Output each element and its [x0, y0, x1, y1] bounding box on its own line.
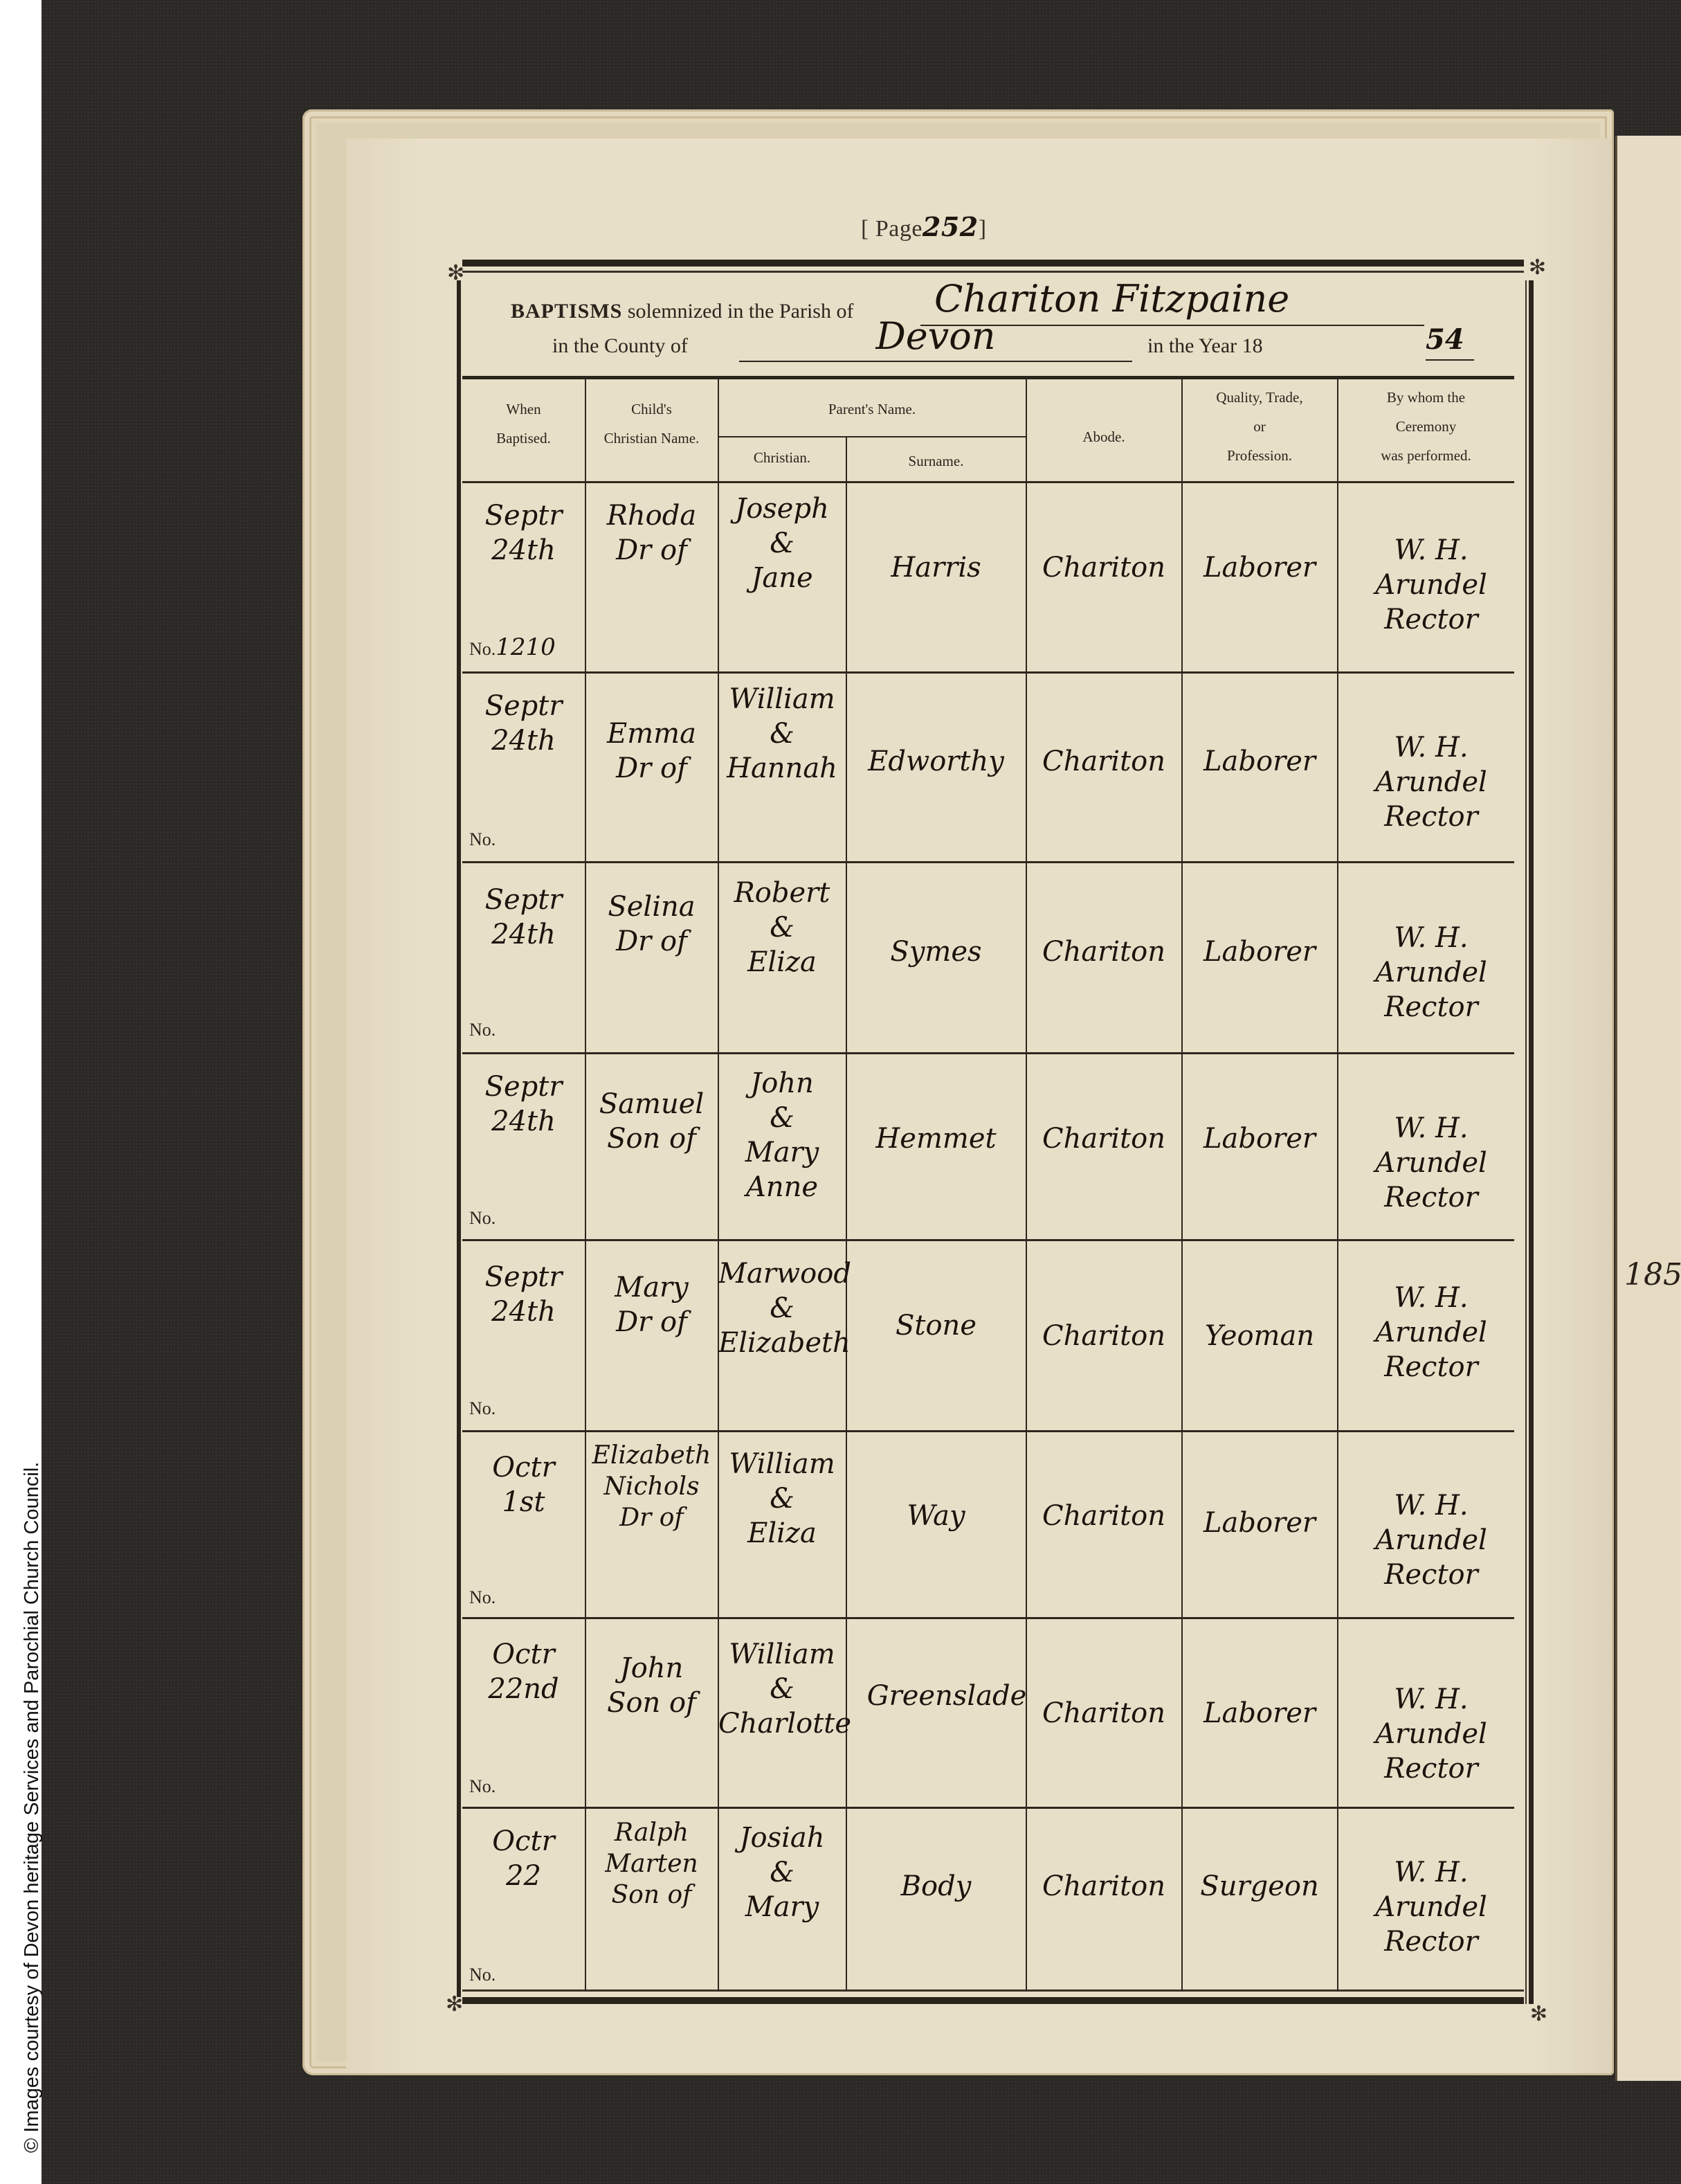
- asterisk-ornament-icon: ✻: [447, 261, 464, 285]
- child-name-cell: ElizabethNicholsDr of: [585, 1440, 718, 1533]
- child-name-cell: RhodaDr of: [585, 498, 718, 568]
- parents-christian-cell: Marwood&Elizabeth: [718, 1256, 846, 1360]
- abode-cell: Chariton: [1026, 1121, 1181, 1156]
- header-rule: [462, 376, 1514, 379]
- frame-rule: [1525, 280, 1527, 2004]
- abode-cell: Chariton: [1026, 1499, 1181, 1533]
- parents-christian-cell: Josiah&Mary: [718, 1821, 846, 1924]
- entry-number: No.: [469, 824, 496, 851]
- date-cell: Octr22: [462, 1824, 585, 1893]
- officiant-cell: W. H. ArundelRector: [1338, 533, 1525, 637]
- row-divider: [462, 671, 1514, 674]
- col-header-parents-christian: Christian.: [718, 443, 846, 472]
- abode-cell: Chariton: [1026, 1696, 1181, 1731]
- row-divider: [462, 1807, 1514, 1809]
- column-divider: [846, 436, 847, 1992]
- date-cell: Octr22nd: [462, 1637, 585, 1706]
- officiant-cell: W. H. ArundelRector: [1338, 1111, 1525, 1215]
- frame-rule: [457, 280, 461, 1997]
- page-number: [ Page252]: [861, 211, 987, 242]
- child-name-cell: MaryDr of: [585, 1270, 718, 1339]
- officiant-cell: W. H. ArundelRector: [1338, 1281, 1525, 1384]
- parents-christian-cell: Joseph&Jane: [718, 491, 846, 595]
- row-divider: [462, 1052, 1514, 1054]
- quality-cell: Laborer: [1182, 550, 1337, 585]
- county-label: in the County of: [552, 334, 688, 358]
- quality-cell: Laborer: [1182, 935, 1337, 969]
- column-divider: [1181, 379, 1183, 1992]
- col-header-when: WhenBaptised.: [462, 395, 585, 453]
- col-header-parents: Parent's Name.: [718, 395, 1026, 424]
- surname-cell: Harris: [846, 550, 1026, 585]
- entry-number: No.: [469, 1771, 496, 1798]
- quality-cell: Laborer: [1182, 744, 1337, 779]
- parents-christian-cell: William&Charlotte: [718, 1637, 846, 1741]
- year-value: 54: [1426, 326, 1474, 361]
- col-header-abode: Abode.: [1026, 422, 1181, 451]
- facing-page: 185: [1615, 136, 1681, 2081]
- frame-rule: [462, 260, 1524, 267]
- frame-rule: [462, 1989, 1524, 1992]
- quality-cell: Yeoman: [1182, 1319, 1337, 1353]
- surname-cell: Hemmet: [846, 1121, 1026, 1156]
- surname-cell: Edworthy: [846, 744, 1026, 779]
- frame-rule: [462, 271, 1524, 273]
- date-cell: Septr24th: [462, 1260, 585, 1329]
- margin-note: 185: [1624, 1257, 1681, 1292]
- entry-number: No.: [469, 1014, 496, 1042]
- county-name: Devon: [739, 318, 1132, 362]
- entry-number: No.: [469, 1393, 496, 1420]
- row-divider: [462, 861, 1514, 863]
- child-name-cell: EmmaDr of: [585, 716, 718, 786]
- abode-cell: Chariton: [1026, 935, 1181, 969]
- quality-cell: Laborer: [1182, 1121, 1337, 1156]
- entry-number: No.1210: [469, 633, 556, 661]
- col-header-quality: Quality, Trade,orProfession.: [1182, 383, 1337, 470]
- frame-rule: [1529, 280, 1534, 2004]
- entry-number: No.: [469, 1202, 496, 1230]
- quality-cell: Laborer: [1182, 1696, 1337, 1731]
- child-name-cell: RalphMartenSon of: [585, 1817, 718, 1911]
- officiant-cell: W. H. ArundelRector: [1338, 921, 1525, 1025]
- officiant-cell: W. H. ArundelRector: [1338, 1488, 1525, 1592]
- abode-cell: Chariton: [1026, 550, 1181, 585]
- parents-christian-cell: William&Eliza: [718, 1447, 846, 1551]
- asterisk-ornament-icon: ✻: [446, 1992, 463, 2016]
- page-number-value: 252: [923, 211, 979, 242]
- officiant-cell: W. H. ArundelRector: [1338, 730, 1525, 834]
- copyright-credit: © Images courtesy of Devon heritage Serv…: [21, 1462, 44, 2153]
- col-header-by-whom: By whom theCeremonywas performed.: [1338, 383, 1514, 470]
- asterisk-ornament-icon: ✻: [1529, 255, 1546, 280]
- year-label: in the Year 18: [1147, 334, 1263, 358]
- row-divider: [462, 1617, 1514, 1619]
- entry-number: No.: [469, 1582, 496, 1609]
- header-bottom-rule: [462, 481, 1514, 483]
- row-divider: [462, 1430, 1514, 1432]
- column-divider: [585, 379, 586, 1992]
- row-divider: [462, 1239, 1514, 1241]
- abode-cell: Chariton: [1026, 744, 1181, 779]
- child-name-cell: SamuelSon of: [585, 1087, 718, 1156]
- date-cell: Septr24th: [462, 1070, 585, 1139]
- date-cell: Octr1st: [462, 1450, 585, 1519]
- col-header-parents-surname: Surname.: [846, 446, 1026, 476]
- baptism-register-table: ✻ ✻ ✻ ✻ BAPTISMS solemnized in the Paris…: [462, 260, 1524, 1996]
- parents-christian-cell: John&Mary Anne: [718, 1066, 846, 1204]
- frame-rule: [462, 1997, 1524, 2004]
- date-cell: Septr24th: [462, 883, 585, 952]
- asterisk-ornament-icon: ✻: [1530, 2002, 1547, 2026]
- surname-cell: Stone: [846, 1308, 1026, 1343]
- parents-subheader-rule: [718, 436, 1026, 437]
- date-cell: Septr24th: [462, 689, 585, 758]
- child-name-cell: JohnSon of: [585, 1651, 718, 1720]
- column-divider: [1026, 379, 1027, 1992]
- child-name-cell: SelinaDr of: [585, 890, 718, 959]
- date-cell: Septr24th: [462, 498, 585, 568]
- abode-cell: Chariton: [1026, 1869, 1181, 1904]
- parents-christian-cell: Robert&Eliza: [718, 876, 846, 980]
- abode-cell: Chariton: [1026, 1319, 1181, 1353]
- parents-christian-cell: William&Hannah: [718, 682, 846, 786]
- surname-cell: Greenslade: [846, 1679, 1047, 1713]
- officiant-cell: W. H. ArundelRector: [1338, 1855, 1525, 1959]
- col-header-child: Child'sChristian Name.: [585, 395, 718, 453]
- surname-cell: Symes: [846, 935, 1026, 969]
- surname-cell: Way: [846, 1499, 1026, 1533]
- officiant-cell: W. H. ArundelRector: [1338, 1682, 1525, 1786]
- surname-cell: Body: [846, 1869, 1026, 1904]
- quality-cell: Surgeon: [1182, 1869, 1337, 1904]
- entry-number: No.: [469, 1959, 496, 1987]
- quality-cell: Laborer: [1182, 1506, 1337, 1540]
